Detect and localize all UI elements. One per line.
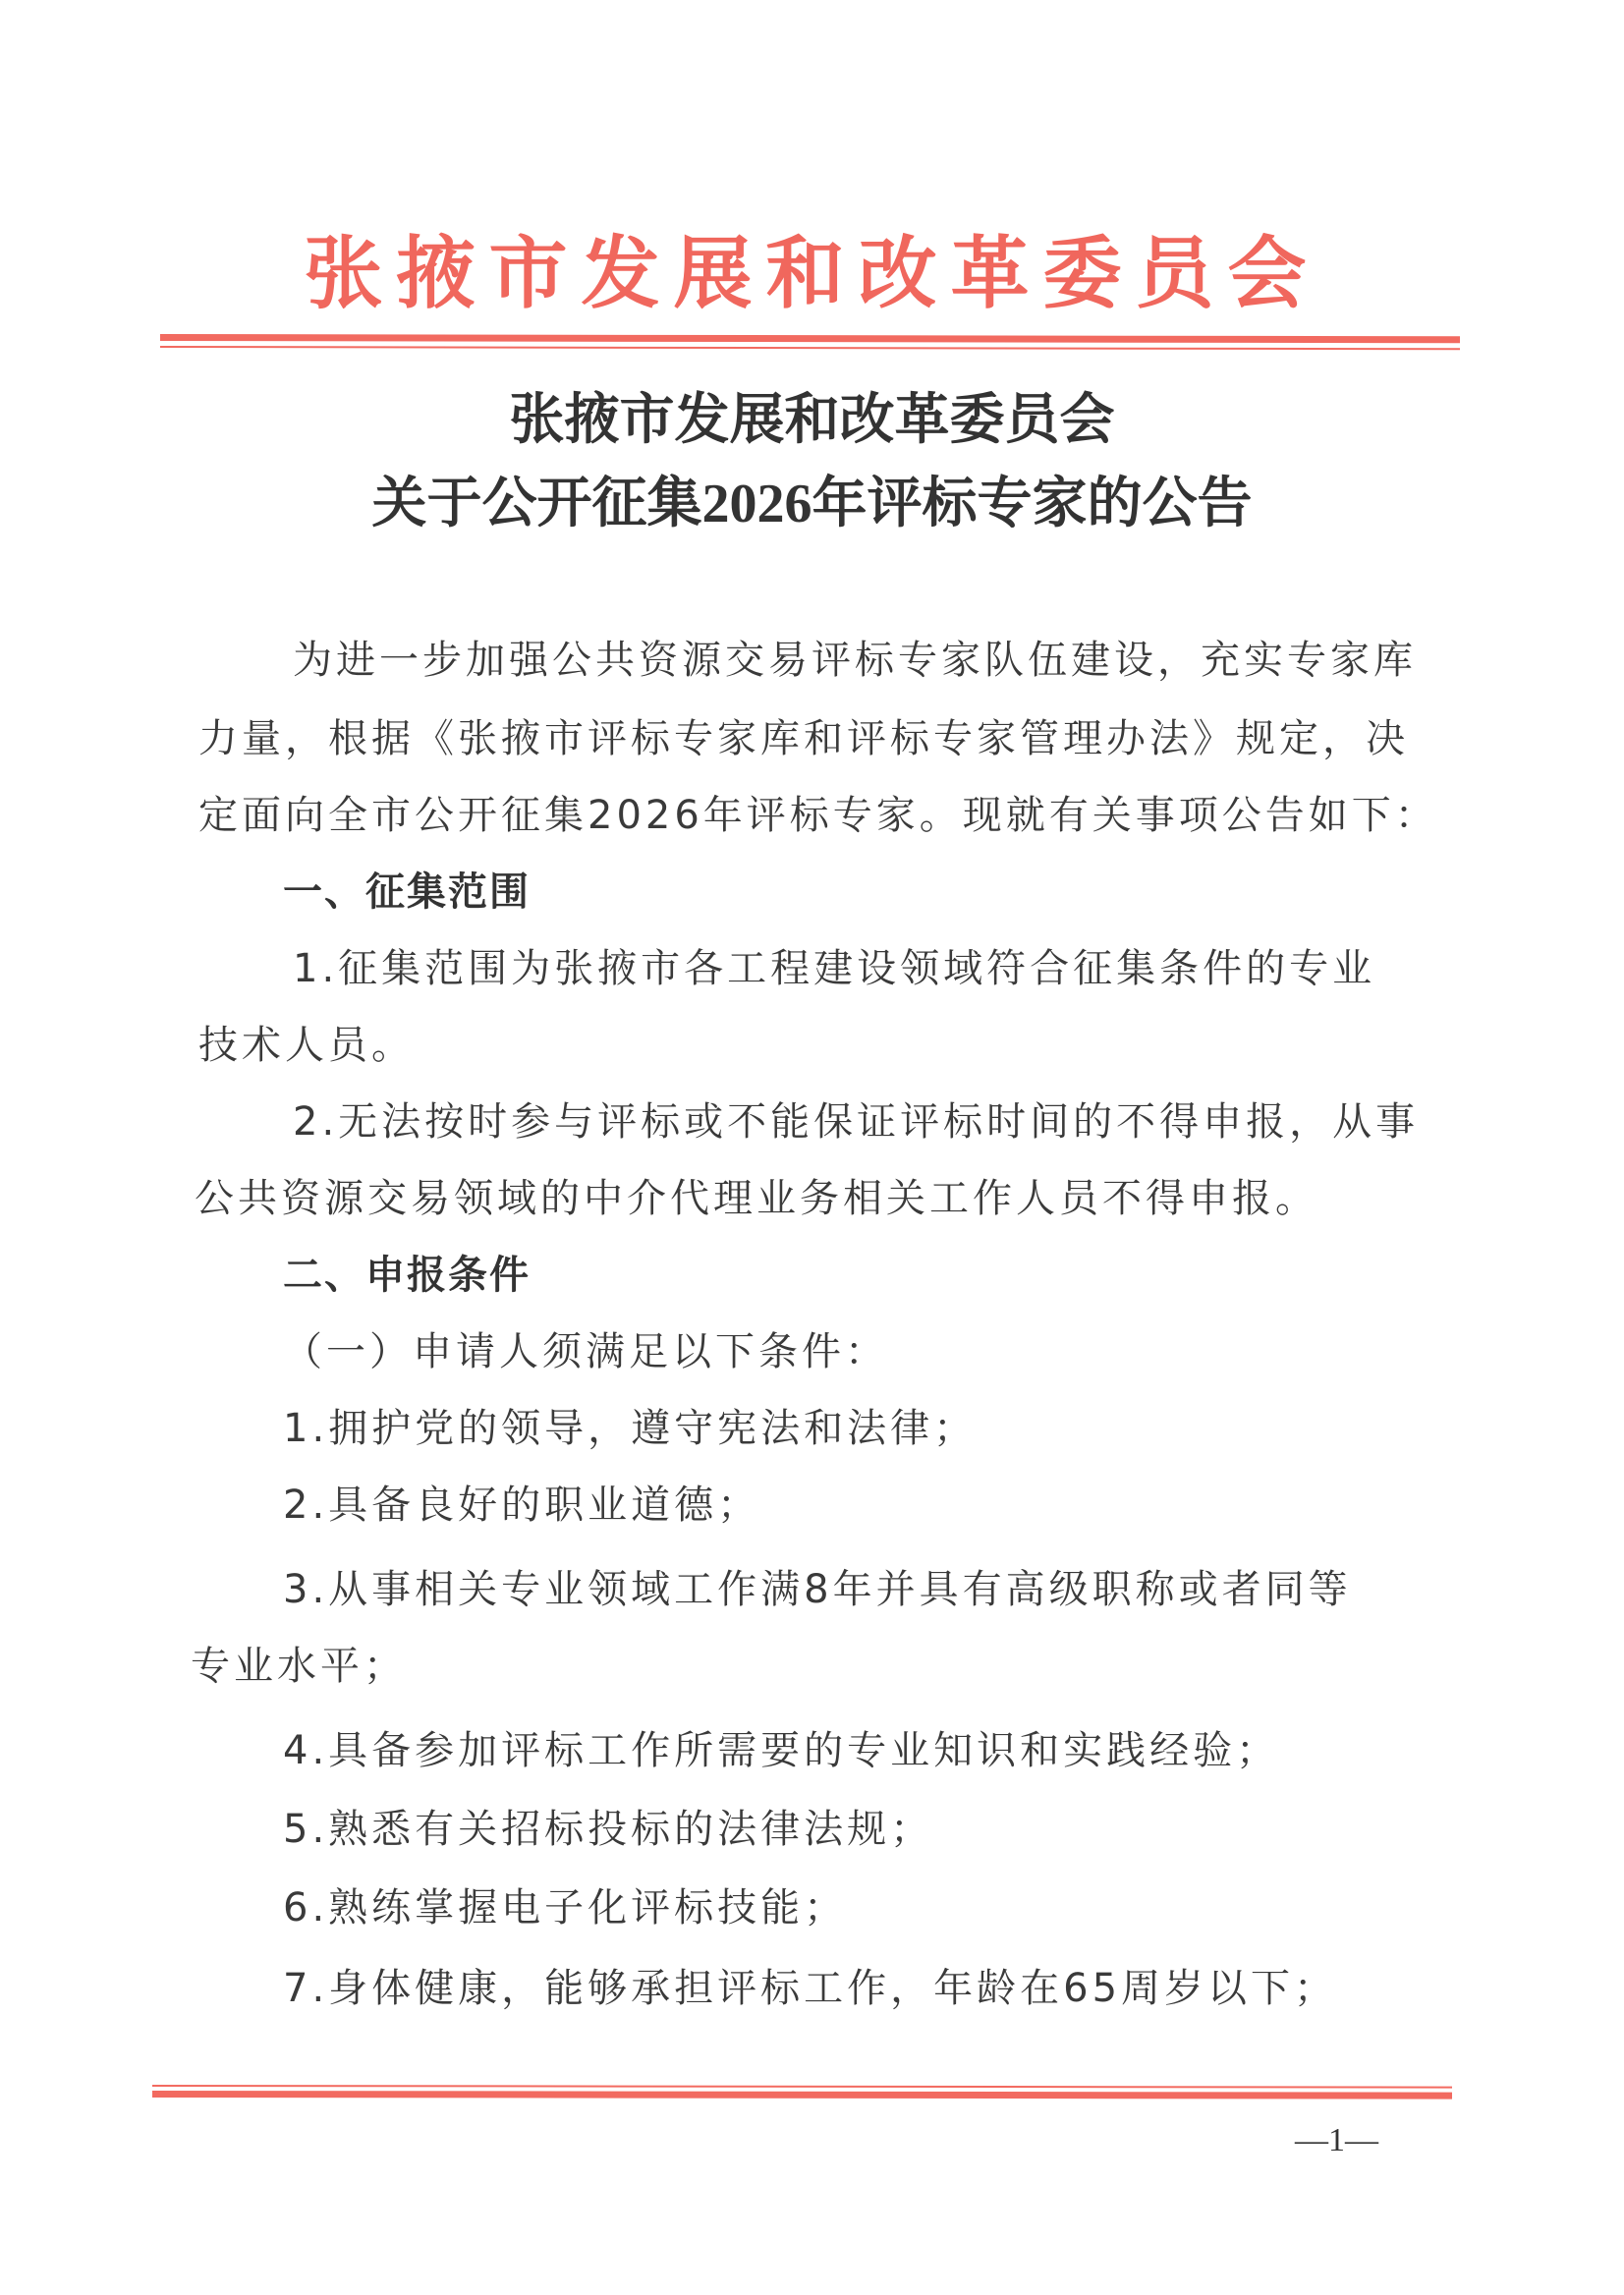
header-rule-thick (160, 334, 1460, 343)
page-number: —1— (1295, 2122, 1378, 2159)
scope-item-1: 1.征集范围为张掖市各工程建设领域符合征集条件的专业 (293, 937, 1375, 993)
conditions-subheading: （一）申请人须满足以下条件： (283, 1320, 888, 1376)
condition-item: 7.身体健康，能够承担评标工作，年龄在65周岁以下； (283, 1957, 1337, 2013)
section-heading-scope: 一、征集范围 (283, 861, 531, 917)
condition-item: 2.具备良好的职业道德； (283, 1474, 760, 1530)
condition-item: 4.具备参加评标工作所需要的专业知识和实践经验； (283, 1719, 1279, 1775)
footer-rule-thin (152, 2085, 1452, 2089)
intro-line: 力量，根据《张掖市评标专家库和评标专家管理办法》规定，决 (198, 707, 1409, 763)
document-title-line1: 张掖市发展和改革委员会 (0, 386, 1624, 455)
intro-line: 为进一步加强公共资源交易评标专家队伍建设，充实专家库 (293, 629, 1417, 685)
scope-item-2-cont: 公共资源交易领域的中介代理业务相关工作人员不得申报。 (195, 1167, 1318, 1223)
condition-item-cont: 专业水平； (191, 1635, 407, 1691)
document-page: 张掖市发展和改革委员会 张掖市发展和改革委员会 关于公开征集2026年评标专家的… (0, 0, 1624, 2295)
condition-item: 6.熟练掌握电子化评标技能； (283, 1876, 847, 1932)
condition-item: 5.熟悉有关招标投标的法律法规； (283, 1798, 933, 1854)
masthead-red-header: 张掖市发展和改革委员会 (0, 224, 1624, 322)
section-heading-conditions: 二、申报条件 (283, 1244, 531, 1300)
document-title-line2: 关于公开征集2026年评标专家的公告 (0, 470, 1624, 538)
scope-item-2: 2.无法按时参与评标或不能保证评标时间的不得申报，从事 (293, 1091, 1419, 1147)
condition-item: 1.拥护党的领导，遵守宪法和法律； (283, 1397, 977, 1453)
header-rule-thin (160, 346, 1460, 350)
scope-item-1-cont: 技术人员。 (198, 1014, 415, 1070)
footer-rule-thick (152, 2091, 1452, 2099)
intro-line: 定面向全市公开征集2026年评标专家。现就有关事项公告如下： (198, 784, 1438, 840)
condition-item: 3.从事相关专业领域工作满8年并具有高级职称或者同等 (283, 1558, 1352, 1614)
